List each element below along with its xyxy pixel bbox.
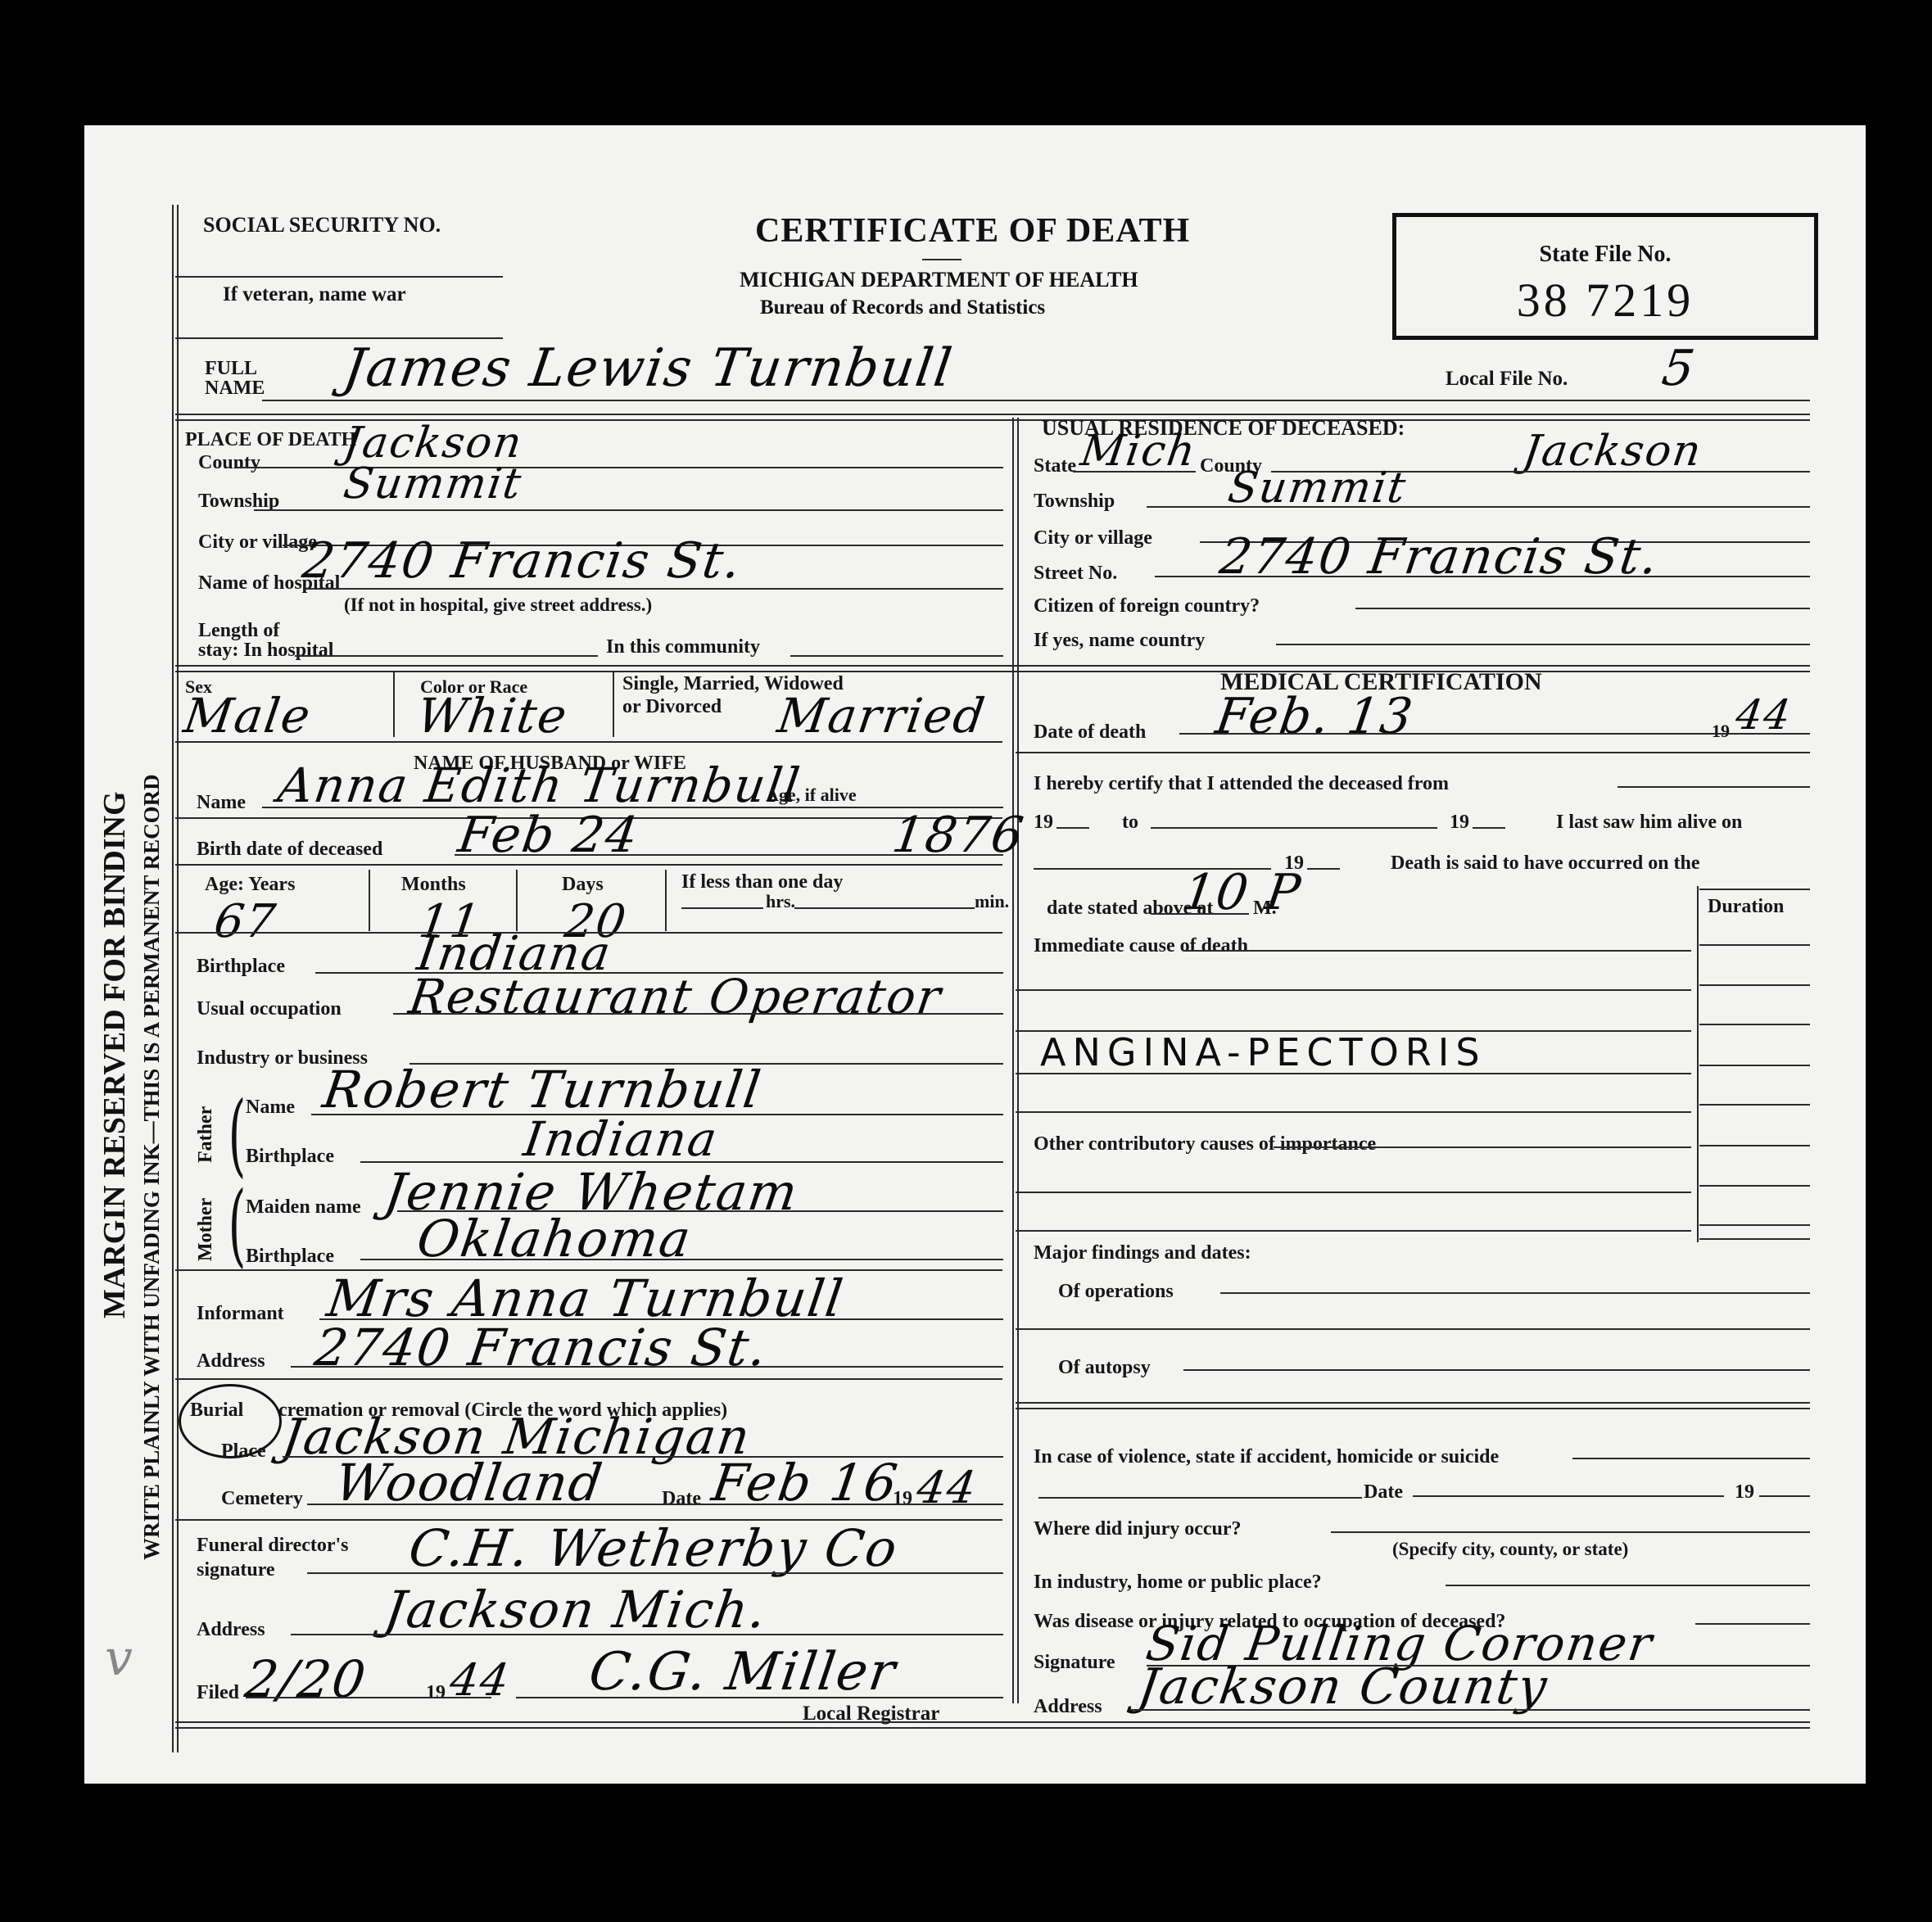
sex-race-divider — [393, 672, 395, 737]
informant-address-label: Address — [197, 1351, 265, 1371]
res-township-label: Township — [1034, 491, 1115, 511]
cause-line-2 — [1016, 989, 1691, 991]
res-city-label: City or village — [1034, 528, 1152, 548]
death-occurred-text: Death is said to have occurred on the — [1391, 853, 1700, 873]
full-name-label-1: FULL — [205, 359, 257, 378]
other-causes-label: Other contributory causes of importance — [1034, 1134, 1376, 1154]
violence-date-rule — [1413, 1495, 1724, 1497]
marital-label-2: or Divorced — [622, 697, 722, 717]
occupation-rule — [393, 1013, 1003, 1015]
age-years-value[interactable]: 67 — [211, 899, 279, 945]
age-days-label: Days — [562, 875, 604, 894]
other-causes-rule-3 — [1016, 1230, 1691, 1232]
local-file-value[interactable]: 5 — [1659, 344, 1699, 393]
mother-side-label: Mother — [195, 1198, 217, 1261]
cause-line-4 — [1016, 1073, 1691, 1074]
mother-bracket: ( — [228, 1179, 246, 1269]
registrar-signature[interactable]: C.G. Miller — [586, 1646, 900, 1698]
registrar-rule — [516, 1697, 1003, 1698]
spouse-name-value[interactable]: Anna Edith Turnbull — [275, 762, 804, 809]
res-state-value[interactable]: Mich — [1078, 430, 1199, 473]
age-months-label: Months — [401, 875, 466, 894]
duration-tick — [1699, 1224, 1810, 1226]
hrs-label: hrs. — [766, 893, 795, 911]
spouse-age-label: Age, if alive — [766, 786, 857, 804]
res-citizen-label: Citizen of foreign country? — [1034, 596, 1260, 616]
last-saw-text: I last saw him alive on — [1556, 812, 1742, 832]
form-column-divider — [1012, 418, 1019, 1703]
time-suffix: M. — [1253, 898, 1277, 918]
state-file-box: State File No. 38 7219 — [1392, 213, 1818, 340]
duration-tick — [1699, 1024, 1810, 1025]
certify-rule — [1618, 786, 1810, 788]
burial-date-label: Date — [662, 1489, 701, 1508]
cemetery-value[interactable]: Woodland — [333, 1458, 607, 1508]
place-of-death-heading: PLACE OF DEATH — [185, 430, 356, 450]
personal-row-rule — [175, 741, 1002, 743]
race-value[interactable]: White — [414, 692, 571, 739]
race-marital-divider — [613, 672, 614, 737]
filed-year-value[interactable]: 44 — [447, 1658, 513, 1703]
funeral-director-value[interactable]: C.H. Wetherby Co — [406, 1523, 902, 1574]
min-label: min. — [975, 893, 1009, 911]
birth-date-rule — [455, 854, 1003, 856]
immediate-cause-rule-1 — [1183, 950, 1691, 952]
form-bottom-double-rule — [175, 1721, 1810, 1729]
injury-where-hint: (Specify city, county, or state) — [1392, 1540, 1628, 1558]
last-saw-year-rule — [1307, 868, 1340, 870]
certifier-signature-label: Signature — [1034, 1653, 1115, 1672]
duration-tick — [1699, 1145, 1810, 1146]
cemetery-label: Cemetery — [221, 1489, 303, 1508]
pod-stay-label-1: Length of — [198, 621, 279, 640]
date-of-death-label: Date of death — [1034, 722, 1146, 742]
pod-community-rule — [790, 655, 1003, 657]
pod-hospital-rule — [303, 588, 1003, 590]
pod-hospital-value[interactable]: 2740 Francis St. — [300, 536, 745, 586]
pod-county-label: County — [198, 453, 260, 473]
res-street-label: Street No. — [1034, 563, 1117, 583]
time-rule — [1151, 913, 1249, 915]
duration-tick — [1699, 1104, 1810, 1106]
occupation-related-rule — [1695, 1623, 1810, 1625]
attended-to-label: to — [1122, 812, 1138, 832]
violence-label: In case of violence, state if accident, … — [1034, 1447, 1499, 1467]
funeral-director-label-2: signature — [197, 1560, 275, 1580]
pod-township-label: Township — [198, 491, 279, 511]
injury-where-rule — [1331, 1531, 1810, 1533]
duration-top-rule — [1699, 889, 1810, 890]
mother-birthplace-value[interactable]: Oklahoma — [414, 1214, 695, 1264]
violence-type-rule — [1038, 1497, 1362, 1499]
res-citizen-rule — [1355, 608, 1810, 609]
father-birthplace-label: Birthplace — [246, 1146, 334, 1166]
certifier-address-rule — [1130, 1709, 1810, 1711]
autopsy-rule — [1183, 1369, 1810, 1371]
local-file-label: Local File No. — [1446, 369, 1568, 389]
veteran-label: If veteran, name war — [223, 284, 406, 305]
pod-county-value[interactable]: Jackson — [341, 422, 525, 464]
immediate-cause-value[interactable]: ANGINA-PECTORIS — [1040, 1033, 1486, 1071]
department-name: MICHIGAN DEPARTMENT OF HEALTH — [740, 268, 1138, 292]
other-causes-rule-1 — [1274, 1146, 1691, 1148]
mother-maiden-label: Maiden name — [246, 1197, 361, 1217]
date-of-death-rule — [1179, 733, 1810, 735]
res-state-rule — [1073, 471, 1196, 473]
full-name-value[interactable]: James Lewis Turnbull — [341, 342, 957, 395]
cause-line-5 — [1016, 1111, 1691, 1113]
attended-to-rule — [1151, 827, 1437, 829]
filed-year-prefix: 19 — [426, 1683, 446, 1703]
pod-community-label: In this community — [606, 637, 760, 657]
father-side-label: Father — [195, 1106, 217, 1163]
operations-label: Of operations — [1058, 1282, 1174, 1301]
operations-rule-2 — [1016, 1328, 1810, 1330]
age-years-label: Age: Years — [205, 875, 295, 894]
duration-tick — [1699, 984, 1810, 986]
birth-date-value[interactable]: Feb 24 — [455, 811, 642, 860]
occupation-label: Usual occupation — [197, 999, 342, 1019]
res-country-rule — [1276, 644, 1810, 645]
disposition-place-label: Place — [221, 1441, 266, 1461]
informant-address-rule — [291, 1366, 1003, 1368]
time-value[interactable]: 10 P — [1180, 868, 1305, 917]
operations-rule — [1220, 1292, 1810, 1294]
informant-value[interactable]: Mrs Anna Turnbull — [324, 1273, 848, 1324]
res-street-value[interactable]: 2740 Francis St. — [1217, 532, 1663, 581]
hrs-rule — [681, 907, 763, 909]
informant-bottom-rule — [175, 1378, 1002, 1380]
informant-label: Informant — [197, 1304, 284, 1323]
spouse-name-label: Name — [197, 793, 246, 812]
violence-date-label: Date — [1364, 1482, 1403, 1502]
filed-date-rule — [246, 1697, 491, 1698]
injury-place-label: In industry, home or public place? — [1034, 1572, 1322, 1592]
res-country-label: If yes, name country — [1034, 631, 1205, 650]
mother-birthplace-label: Birthplace — [246, 1246, 334, 1266]
major-findings-label: Major findings and dates: — [1034, 1243, 1251, 1263]
duration-tick — [1699, 944, 1810, 946]
funeral-director-rule — [307, 1572, 1003, 1574]
autopsy-label: Of autopsy — [1058, 1358, 1151, 1377]
father-birthplace-value[interactable]: Indiana — [521, 1115, 722, 1163]
birth-year-value[interactable]: 1876 — [889, 811, 1028, 860]
ssn-label: SOCIAL SECURITY NO. — [203, 215, 441, 236]
mother-birthplace-rule — [360, 1259, 1003, 1260]
injury-where-label: Where did injury occur? — [1034, 1519, 1242, 1539]
full-name-rule — [262, 400, 1810, 401]
birth-date-bottom-rule — [175, 864, 1002, 866]
section-divider-1 — [175, 665, 1810, 672]
certificate-title: CERTIFICATE OF DEATH — [755, 211, 1190, 251]
marital-value[interactable]: Married — [775, 692, 989, 739]
father-bracket: ( — [228, 1089, 246, 1179]
certifier-address-label: Address — [1034, 1697, 1102, 1716]
pod-stay-label-2: stay: In hospital — [198, 640, 333, 660]
res-street-rule — [1155, 576, 1810, 577]
birth-date-label: Birth date of deceased — [197, 839, 382, 859]
duration-tick — [1699, 1065, 1810, 1066]
bureau-name: Bureau of Records and Statistics — [760, 296, 1045, 319]
autopsy-bottom-rule — [1016, 1402, 1810, 1409]
pod-hospital-hint: (If not in hospital, give street address… — [344, 595, 652, 614]
duration-label: Duration — [1708, 897, 1784, 916]
date-of-death-bottom-rule — [1016, 752, 1810, 753]
attended-to-year-rule — [1473, 827, 1505, 829]
sex-value[interactable]: Male — [181, 692, 314, 739]
margin-ink-note: WRITE PLAINLY WITH UNFADING INK—THIS IS … — [139, 774, 165, 1560]
margin-check-mark: v — [105, 1630, 133, 1687]
state-file-number: 38 7219 — [1396, 273, 1814, 328]
attended-to-year: 19 — [1450, 812, 1469, 832]
death-year-value[interactable]: 44 — [1733, 694, 1794, 735]
age-months-divider — [516, 870, 518, 931]
res-township-rule — [1147, 506, 1810, 508]
age-days-divider — [665, 870, 667, 931]
res-township-value[interactable]: Summit — [1225, 467, 1409, 509]
pod-township-value[interactable]: Summit — [341, 463, 525, 505]
res-state-label: State — [1034, 456, 1076, 476]
filed-label: Filed — [197, 1683, 239, 1703]
injury-place-rule — [1446, 1585, 1810, 1586]
violence-rule — [1572, 1458, 1810, 1459]
immediate-cause-label: Immediate cause of death — [1034, 936, 1248, 956]
certifier-address-value[interactable]: Jackson County — [1135, 1662, 1551, 1712]
margin-binding-note: MARGIN RESERVED FOR BINDING — [97, 791, 133, 1318]
funeral-address-value[interactable]: Jackson Mich. — [382, 1585, 771, 1635]
burial-date-value[interactable]: Feb 16 — [709, 1458, 902, 1508]
funeral-address-label: Address — [197, 1620, 265, 1639]
other-causes-rule-2 — [1016, 1192, 1691, 1193]
burial-year-prefix: 19 — [893, 1489, 912, 1508]
title-dash — [922, 259, 961, 260]
less-than-day-label: If less than one day — [681, 872, 843, 892]
duration-tick — [1699, 1185, 1810, 1187]
min-rule — [794, 907, 975, 909]
full-name-label-2: NAME — [205, 378, 265, 398]
duration-column-divider — [1697, 886, 1699, 1242]
attended-from-year-rule — [1056, 827, 1089, 829]
pod-city-label: City or village — [198, 532, 317, 552]
birthplace-label: Birthplace — [197, 956, 285, 976]
duration-tick — [1699, 1238, 1810, 1240]
father-name-value[interactable]: Robert Turnbull — [320, 1065, 765, 1115]
age-years-divider — [369, 870, 370, 931]
funeral-address-rule — [291, 1634, 1003, 1635]
pod-township-rule — [254, 509, 1003, 511]
father-name-label: Name — [246, 1097, 295, 1117]
burial-option[interactable]: Burial — [190, 1400, 243, 1420]
pod-stay-hospital-rule — [295, 655, 598, 657]
violence-year-prefix: 19 — [1735, 1482, 1754, 1502]
attended-from-year: 19 — [1034, 812, 1053, 832]
violence-year-rule — [1759, 1495, 1810, 1497]
death-year-prefix: 19 — [1712, 722, 1730, 740]
ssn-rule — [175, 276, 503, 278]
funeral-director-label-1: Funeral director's — [197, 1535, 349, 1555]
cemetery-rule — [307, 1504, 1003, 1505]
certify-text: I hereby certify that I attended the dec… — [1034, 774, 1449, 794]
res-county-value[interactable]: Jackson — [1520, 430, 1704, 473]
state-file-label: State File No. — [1396, 242, 1814, 268]
